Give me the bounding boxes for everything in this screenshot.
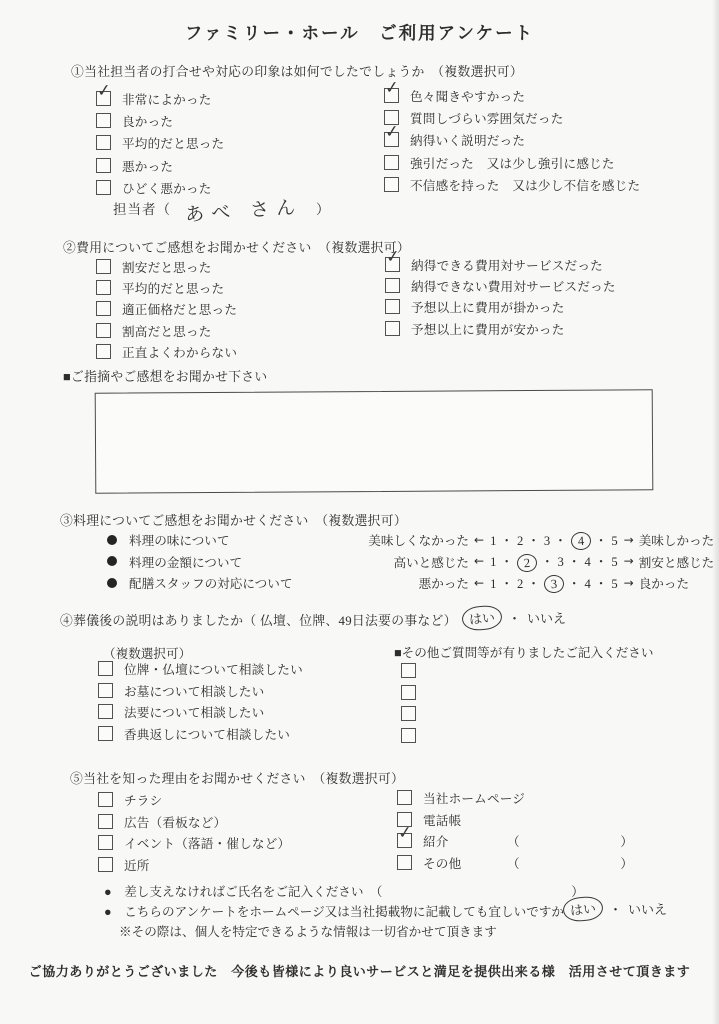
q5-left-option-row: 広告（看板など）: [98, 811, 290, 833]
name-input-field[interactable]: （ ）: [376, 885, 584, 899]
q1-left-option-checkbox[interactable]: ✓: [96, 91, 111, 106]
q2-left-option-label: 平均的だと思った: [122, 278, 224, 297]
dot-separator: ・: [497, 555, 516, 569]
q5-left-option-label: チラシ: [124, 790, 162, 809]
q2-left-option-label: 適正価格だと思った: [122, 299, 237, 318]
q1-right-option-label: 強引だった 又は少し強引に感じた: [410, 153, 615, 172]
staff-line: 担当者（あべ さん）: [113, 196, 331, 223]
name-request-line: ● 差し支えなければご氏名をご記入ください （ ）: [104, 881, 584, 900]
q1-left-options: ✓非常によかった良かった平均的だと思った悪かったひどく悪かった: [96, 87, 224, 199]
q2-right-option-checkbox[interactable]: [385, 299, 400, 314]
q5-right-option-label: その他: [423, 853, 507, 872]
check-mark-icon: ✓: [397, 825, 413, 843]
q1-left-option-row: 平均的だと思った: [96, 132, 224, 154]
publish-consent-label: こちらのアンケートをホームページ又は当社掲載物に記載しても宜しいですか: [124, 905, 564, 919]
q2-left-option-checkbox[interactable]: [96, 301, 111, 316]
q5-right-option-checkbox[interactable]: [397, 790, 412, 805]
q4-other-row: [401, 725, 427, 747]
rating-topic: 配膳スタッフの対応について: [129, 573, 341, 592]
q2-right-option-row: 予想以上に費用が安かった: [385, 318, 616, 339]
q5-right-option-paren-field[interactable]: （ ）: [507, 853, 633, 872]
q4-yes-option[interactable]: はい: [461, 604, 503, 631]
dot-separator: ・: [538, 555, 557, 569]
dot-separator: ・: [592, 555, 611, 569]
q4-yesno: はい・いいえ: [462, 606, 566, 630]
q1-left-option-checkbox[interactable]: [96, 113, 111, 128]
q4-option-label: 香典返しについて相談したい: [124, 724, 290, 743]
rating-low-label: 高いと感じた: [341, 552, 469, 571]
q4-no-option[interactable]: いいえ: [527, 611, 566, 626]
survey-sheet: ファミリー・ホール ご利用アンケート ①当社担当者の打合せや対応の印象は如何でし…: [0, 0, 719, 1024]
q1-right-option-checkbox[interactable]: ✓: [384, 88, 399, 103]
q1-right-option-row: 不信感を持った 又は少し不信を感じた: [384, 174, 640, 196]
q5-right-option-row: 当社ホームページ: [397, 787, 633, 809]
q1-left-option-checkbox[interactable]: [96, 135, 111, 150]
dot-separator: ・: [592, 534, 611, 548]
q4-other-row: [401, 703, 427, 725]
q5-left-option-checkbox[interactable]: [98, 857, 113, 872]
rating-value[interactable]: 5: [610, 534, 618, 548]
dot-separator: ・: [565, 577, 584, 591]
rating-row: 配膳スタッフの対応について悪かった←1・2・3・4・5→良かった: [107, 572, 714, 594]
q5-left-option-checkbox[interactable]: [98, 814, 113, 829]
rating-low-label: 美味しくなかった: [341, 530, 469, 549]
comments-heading: ■ご指摘やご感想をお聞かせ下さい: [63, 366, 267, 385]
q4-yesno-separator: ・: [502, 611, 527, 626]
footer-thanks: ご協力ありがとうございました 今後も皆様により良いサービスと満足を提供出来る様 …: [0, 961, 719, 980]
q4-other-row: [401, 682, 427, 704]
q3-rating-rows: 料理の味について美味しくなかった←1・2・3・4・5→美味しかった料理の金額につ…: [107, 529, 714, 594]
q4-option-row: 香典返しについて相談したい: [98, 723, 303, 745]
publish-yesno: はい・いいえ: [563, 897, 667, 921]
q1-left-option-checkbox[interactable]: [96, 180, 111, 195]
q2-left-option-label: 正直よくわからない: [122, 342, 237, 361]
q2-left-option-row: 正直よくわからない: [96, 341, 237, 362]
q4-heading: ④葬儀後の説明はありましたか（ 仏壇、位牌、49日法要の事など）: [60, 610, 457, 629]
q2-left-option-label: 割安だと思った: [122, 257, 212, 276]
rating-scale: 1・2・3・4・5: [489, 551, 619, 572]
rating-high-label: 美味しかった: [639, 530, 715, 549]
publish-no-option[interactable]: いいえ: [628, 902, 667, 917]
q2-left-option-row: 割安だと思った: [96, 256, 237, 277]
q2-right-option-label: 予想以上に費用が安かった: [411, 319, 565, 338]
rating-value-selected[interactable]: 2: [516, 553, 537, 572]
q1-right-option-label: 納得いく説明だった: [410, 130, 525, 149]
name-request-label: 差し支えなければご氏名をご記入ください: [124, 885, 376, 899]
staff-name-handwritten: あべ さん: [170, 191, 317, 228]
dot-separator: ・: [565, 555, 584, 569]
q4-option-checkbox[interactable]: [98, 704, 113, 719]
rating-value[interactable]: 4: [583, 555, 591, 569]
q4-option-row: 位牌・仏壇について相談したい: [98, 658, 303, 680]
q1-right-option-label: 色々聞きやすかった: [410, 86, 525, 105]
q1-right-option-checkbox[interactable]: [384, 155, 399, 170]
q5-left-option-label: 近所: [124, 855, 150, 874]
q1-left-option-label: 良かった: [122, 111, 173, 130]
rating-low-label: 悪かった: [341, 573, 469, 592]
rating-topic: 料理の金額について: [129, 552, 341, 571]
comments-box[interactable]: [95, 389, 654, 493]
q2-left-option-checkbox[interactable]: [96, 280, 111, 295]
q2-left-option-row: 平均的だと思った: [96, 277, 237, 298]
q1-left-option-row: 良かった: [96, 109, 224, 131]
q4-option-label: 法要について相談したい: [124, 702, 264, 721]
rating-value[interactable]: 3: [543, 534, 551, 548]
q2-left-option-checkbox[interactable]: [96, 259, 111, 274]
q1-right-option-row: ✓納得いく説明だった: [384, 129, 640, 151]
q1-left-option-label: ひどく悪かった: [122, 178, 212, 197]
q5-right-option-paren-field[interactable]: （ ）: [507, 831, 633, 850]
dot-separator: ・: [524, 577, 543, 591]
q2-right-option-checkbox[interactable]: [385, 321, 400, 336]
page-title: ファミリー・ホール ご利用アンケート: [0, 20, 719, 45]
q4-option-checkbox[interactable]: [98, 726, 113, 741]
q1-right-option-checkbox[interactable]: [384, 177, 399, 192]
q4-options: 位牌・仏壇について相談したいお墓について相談したい法要について相談したい香典返し…: [98, 658, 303, 744]
q1-left-option-row: 悪かった: [96, 154, 224, 176]
q4-other-checkboxes: [401, 660, 427, 746]
rating-value-selected[interactable]: 3: [543, 575, 564, 594]
arrow-right-icon: →: [619, 554, 639, 568]
q1-right-option-row: 強引だった 又は少し強引に感じた: [384, 151, 640, 173]
q2-left-option-row: 割高だと思った: [96, 320, 237, 341]
rating-scale: 1・2・3・4・5: [489, 530, 619, 551]
rating-row: 料理の金額について高いと感じた←1・2・3・4・5→割安と感じた: [107, 551, 714, 573]
q2-right-option-label: 予想以上に費用が掛かった: [411, 297, 565, 316]
dot-separator: ・: [551, 534, 570, 548]
q4-other-checkbox[interactable]: [401, 663, 416, 678]
q1-left-option-row: ✓非常によかった: [96, 87, 224, 109]
check-mark-icon: ✓: [384, 79, 400, 97]
q1-right-options: ✓色々聞きやすかった質問しづらい雰囲気だった✓納得いく説明だった強引だった 又は…: [384, 84, 640, 196]
publish-yes-option[interactable]: はい: [562, 895, 604, 922]
q2-right-option-label: 納得できる費用対サービスだった: [411, 255, 603, 274]
q1-right-option-row: ✓色々聞きやすかった: [384, 84, 640, 106]
q5-left-option-checkbox[interactable]: [98, 835, 113, 850]
staff-label: 担当者（: [113, 202, 171, 217]
q2-right-option-checkbox[interactable]: [385, 278, 400, 293]
q2-left-option-checkbox[interactable]: [96, 323, 111, 338]
q5-right-option-row: 電話帳: [397, 809, 633, 831]
arrow-right-icon: →: [619, 533, 639, 547]
q5-right-option-row: その他（ ）: [397, 852, 633, 874]
q4-option-label: 位牌・仏壇について相談したい: [124, 659, 303, 678]
q2-heading: ②費用についてご感想をお聞かせください （複数選択可）: [63, 237, 410, 256]
q1-right-option-label: 不信感を持った 又は少し不信を感じた: [410, 175, 640, 194]
q5-left-option-label: 広告（看板など）: [124, 812, 226, 831]
rating-value[interactable]: 5: [610, 577, 618, 591]
check-mark-icon: ✓: [384, 124, 400, 142]
bullet-icon: [107, 556, 117, 566]
arrow-left-icon: ←: [469, 533, 489, 547]
rating-row: 料理の味について美味しくなかった←1・2・3・4・5→美味しかった: [107, 529, 714, 551]
rating-high-label: 割安と感じた: [639, 552, 715, 571]
q4-option-row: 法要について相談したい: [98, 701, 303, 723]
publish-consent-line: ● こちらのアンケートをホームページ又は当社掲載物に記載しても宜しいですか: [104, 901, 564, 920]
q5-right-option-label: 紹介: [423, 831, 507, 850]
bullet-icon: ●: [104, 905, 112, 919]
q4-other-checkbox[interactable]: [401, 728, 416, 743]
q3-heading: ③料理についてご感想をお聞かせください （複数選択可）: [60, 510, 407, 529]
bullet-icon: [107, 578, 117, 588]
q5-right-option-checkbox[interactable]: [397, 855, 412, 870]
q5-left-options: チラシ広告（看板など）イベント（落語・催しなど）近所: [98, 789, 290, 875]
q5-heading: ⑤当社を知った理由をお聞かせください （複数選択可）: [70, 768, 404, 787]
q4-other-checkbox[interactable]: [401, 685, 416, 700]
arrow-left-icon: ←: [469, 554, 489, 568]
q1-left-option-label: 非常によかった: [122, 89, 212, 108]
staff-paren-close: ）: [316, 202, 331, 217]
q4-option-row: お墓について相談したい: [98, 680, 303, 702]
q5-left-option-row: 近所: [98, 854, 290, 876]
q1-left-option-label: 平均的だと思った: [122, 133, 224, 152]
dot-separator: ・: [524, 534, 543, 548]
rating-value[interactable]: 2: [516, 534, 524, 548]
q2-left-option-checkbox[interactable]: [96, 344, 111, 359]
rating-scale: 1・2・3・4・5: [489, 573, 619, 594]
check-mark-icon: ✓: [96, 82, 112, 100]
arrow-left-icon: ←: [469, 576, 489, 590]
rating-value[interactable]: 5: [610, 555, 618, 569]
q2-right-option-row: 納得できない費用対サービスだった: [385, 275, 616, 296]
q4-option-checkbox[interactable]: [98, 661, 113, 676]
q4-other-checkbox[interactable]: [401, 706, 416, 721]
q5-right-option-checkbox[interactable]: ✓: [397, 833, 412, 848]
q5-left-option-label: イベント（落語・催しなど）: [124, 833, 290, 852]
q2-right-option-label: 納得できない費用対サービスだった: [411, 276, 616, 295]
privacy-note: ※その際は、個人を特定できるような情報は一切省かせて頂きます: [119, 921, 497, 940]
check-mark-icon: ✓: [385, 248, 401, 266]
q2-left-options: 割安だと思った平均的だと思った適正価格だと思った割高だと思った正直よくわからない: [96, 256, 237, 362]
q1-heading: ①当社担当者の打合せや対応の印象は如何でしたでしょうか （複数選択可）: [71, 61, 523, 80]
rating-high-label: 良かった: [639, 573, 689, 592]
q2-left-option-label: 割高だと思った: [122, 321, 212, 340]
rating-value[interactable]: 3: [557, 555, 565, 569]
q2-right-option-checkbox[interactable]: ✓: [385, 257, 400, 272]
dot-separator: ・: [497, 534, 516, 548]
rating-value[interactable]: 4: [583, 577, 591, 591]
publish-yesno-separator: ・: [603, 902, 628, 917]
q2-left-option-row: 適正価格だと思った: [96, 298, 237, 319]
bullet-icon: ●: [104, 885, 112, 899]
q5-left-option-row: イベント（落語・催しなど）: [98, 832, 290, 854]
q2-right-option-row: 予想以上に費用が掛かった: [385, 296, 616, 317]
q4-option-label: お墓について相談したい: [124, 681, 264, 700]
q5-left-option-checkbox[interactable]: [98, 792, 113, 807]
q2-right-option-row: ✓納得できる費用対サービスだった: [385, 254, 616, 275]
dot-separator: ・: [592, 577, 611, 591]
q5-right-option-label: 当社ホームページ: [423, 788, 525, 807]
rating-value-selected[interactable]: 4: [570, 531, 591, 550]
q1-right-option-label: 質問しづらい雰囲気だった: [410, 108, 564, 127]
rating-topic: 料理の味について: [129, 530, 341, 549]
bullet-icon: [107, 535, 117, 545]
q1-right-option-row: 質問しづらい雰囲気だった: [384, 106, 640, 128]
q5-right-option-row: ✓紹介（ ）: [397, 830, 633, 852]
q2-right-options: ✓納得できる費用対サービスだった納得できない費用対サービスだった予想以上に費用が…: [385, 254, 616, 339]
q4-other-row: [401, 660, 427, 682]
q5-left-option-row: チラシ: [98, 789, 290, 811]
q4-option-checkbox[interactable]: [98, 683, 113, 698]
rating-value[interactable]: 2: [516, 577, 524, 591]
dot-separator: ・: [497, 577, 516, 591]
q1-left-option-checkbox[interactable]: [96, 158, 111, 173]
q4-other-heading: ■その他ご質問等が有りましたご記入ください: [394, 642, 653, 661]
q1-right-option-checkbox[interactable]: ✓: [384, 132, 399, 147]
q1-left-option-label: 悪かった: [122, 156, 173, 175]
q5-right-options: 当社ホームページ電話帳✓紹介（ ）その他（ ）: [397, 787, 633, 873]
arrow-right-icon: →: [619, 576, 639, 590]
q5-right-option-label: 電話帳: [423, 810, 461, 829]
